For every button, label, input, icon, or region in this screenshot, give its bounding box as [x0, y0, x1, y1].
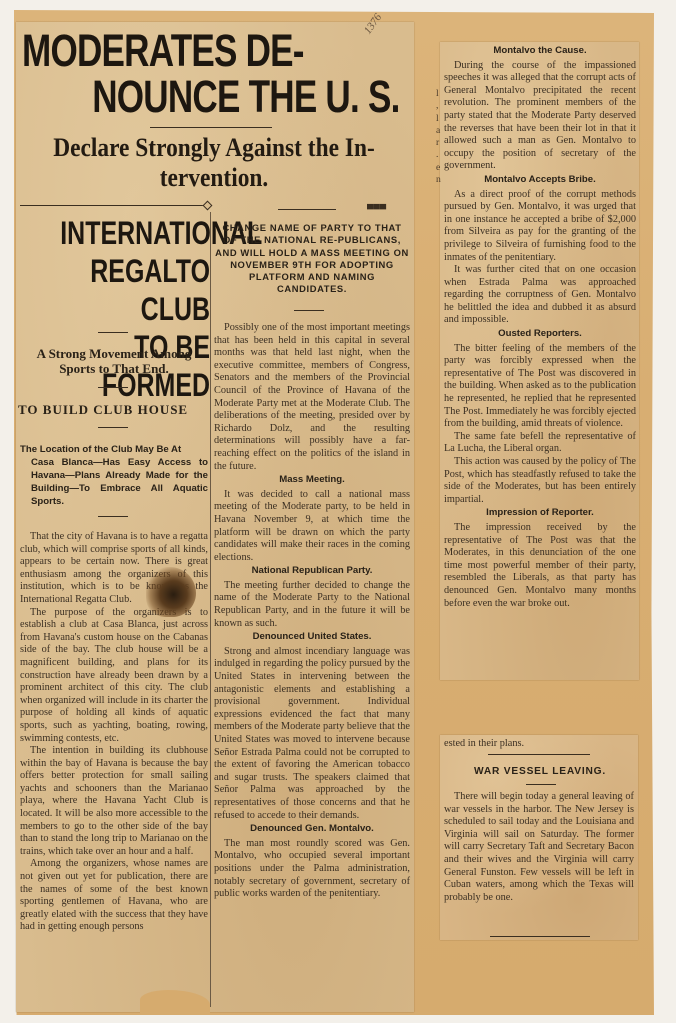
paragraph: The intention in building its clubhouse …: [20, 745, 208, 858]
main-headline-line1: MODERATES DE-: [22, 25, 304, 76]
regatta-summary: The Location of the Club May Be At Casa …: [20, 443, 208, 508]
main-headline-line2: NOUNCE THE U. S.: [22, 74, 326, 120]
section-heading: National Republican Party.: [214, 565, 410, 578]
paragraph: It was decided to call a national mass m…: [214, 489, 410, 565]
section-heading: Denounced United States.: [214, 631, 410, 644]
fragment-char: r: [436, 137, 444, 149]
section-heading: Montalvo the Cause.: [444, 45, 636, 58]
section-heading: Denounced Gen. Montalvo.: [214, 823, 410, 836]
divider: [488, 754, 590, 755]
headline-rule: [150, 127, 272, 128]
paragraph: During the course of the impassioned spe…: [444, 60, 636, 173]
divider: [98, 332, 128, 333]
divider: [294, 310, 324, 311]
fragment-char: .: [436, 149, 444, 161]
regatta-deck: A Strong Movement Among Sports to That E…: [18, 346, 210, 376]
paragraph: Among the organizers, whose names are no…: [20, 858, 208, 934]
main-deck: Declare Strongly Against the In-terventi…: [38, 133, 391, 193]
war-body: There will begin today a general leaving…: [444, 791, 634, 904]
regatta-headline-line1: INTERNATIONAL: [60, 214, 210, 252]
divider: [526, 784, 556, 785]
section-rule-right: [278, 209, 336, 210]
ink-stain: [146, 567, 196, 617]
paragraph: The purpose of the organizers is to esta…: [20, 607, 208, 746]
section-heading: Ousted Reporters.: [444, 328, 636, 341]
adjacent-column-fragment: l , l a r . e n: [436, 88, 444, 186]
fragment-char: l: [436, 88, 444, 100]
paragraph: Strong and almost incendiary language wa…: [214, 646, 410, 822]
paragraph: This action was caused by the policy of …: [444, 456, 636, 506]
regatta-summary-first-line: The Location of the Club May Be At: [20, 444, 181, 455]
paragraph: The impression received by the represent…: [444, 522, 636, 610]
section-rule-left: [20, 205, 206, 206]
continuation-body: Montalvo the Cause. During the course of…: [444, 44, 636, 610]
fragment-char: a: [436, 125, 444, 137]
war-headline: WAR VESSEL LEAVING.: [444, 766, 636, 777]
paragraph: The bitter feeling of the members of the…: [444, 343, 636, 431]
regatta-headline-line2: REGALTO CLUB: [60, 252, 210, 328]
fragment-char: l: [436, 113, 444, 125]
regatta-subhead: TO BUILD CLUB HOUSE: [18, 402, 210, 418]
section-heading: Impression of Reporter.: [444, 507, 636, 520]
paragraph: The man most roundly scored was Gen. Mon…: [214, 838, 410, 901]
regatta-summary-rest: Casa Blanca—Has Easy Access to Havana—Pl…: [20, 456, 208, 508]
main-body-column: Possibly one of the most important meeti…: [214, 322, 410, 901]
fragment-char: n: [436, 174, 444, 186]
divider: [98, 427, 128, 428]
fragment-char: ,: [436, 100, 444, 112]
fragment-char: e: [436, 162, 444, 174]
main-subdeck: CHANGE NAME OF PARTY TO THAT OF THE NATI…: [214, 222, 410, 296]
war-carryover: ested in their plans.: [444, 738, 636, 751]
divider: [98, 387, 128, 388]
paragraph: There will begin today a general leaving…: [444, 791, 634, 904]
column-divider: [210, 212, 211, 1007]
divider: [490, 936, 590, 937]
paragraph: Possibly one of the most important meeti…: [214, 322, 410, 473]
paragraph: The meeting further decided to change th…: [214, 580, 410, 630]
paragraph: The same fate befell the representative …: [444, 431, 636, 456]
paragraph: It was further cited that on one occasio…: [444, 264, 636, 327]
carryover-line: ested in their plans.: [444, 738, 636, 751]
section-heading: Montalvo Accepts Bribe.: [444, 174, 636, 187]
main-headline: MODERATES DE- NOUNCE THE U. S.: [22, 28, 326, 120]
section-heading: Mass Meeting.: [214, 474, 410, 487]
divider: [98, 516, 128, 517]
print-mark: ▀▀▀: [367, 204, 386, 214]
paragraph: As a direct proof of the corrupt methods…: [444, 189, 636, 265]
